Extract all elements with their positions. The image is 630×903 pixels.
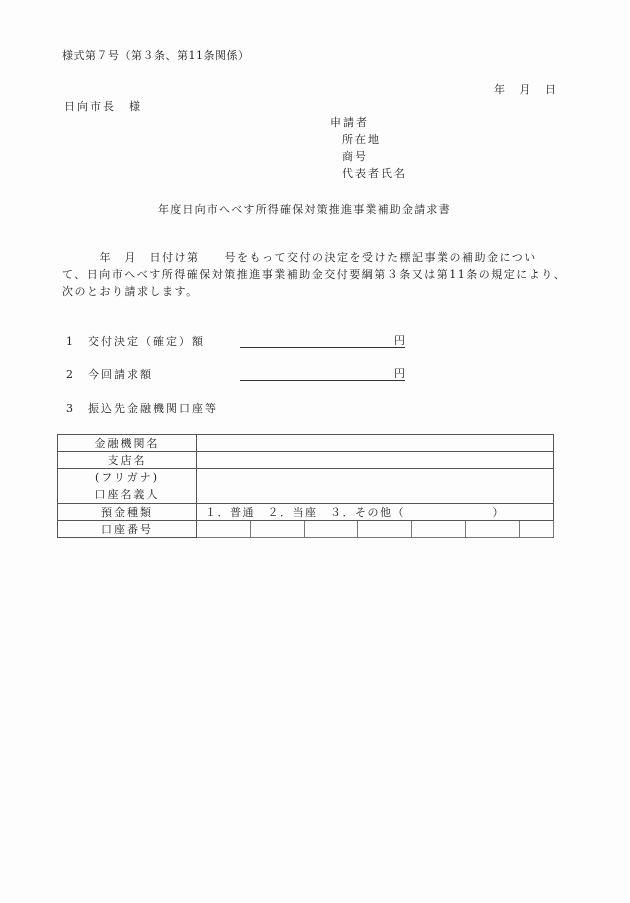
date-day-label: 日 [545, 84, 557, 95]
item-label: 交付決定（確定）額 [88, 335, 205, 348]
form-number: 様式第７号（第３条、第11条関係） [62, 50, 250, 61]
account-number-digit-5[interactable] [412, 521, 466, 538]
account-number-digit-2[interactable] [251, 521, 305, 538]
item-request-amount: 2今回請求額 [66, 369, 153, 380]
account-holder-name-label: 口座名義人 [58, 486, 196, 503]
account-holder-label: (フリガナ) 口座名義人 [58, 469, 197, 504]
branch-name-label: 支店名 [58, 452, 197, 469]
branch-name-field[interactable] [197, 452, 554, 469]
item-number: 2 [66, 369, 88, 380]
item-number: 3 [66, 403, 88, 414]
body-line: 年 月 日付け第 号をもって交付の決定を受けた標記事業の補助金につい [62, 249, 557, 266]
item-grant-amount: 1交付決定（確定）額 [66, 336, 205, 347]
date-line: 年月日 [494, 84, 557, 95]
bank-name-field[interactable] [197, 435, 554, 452]
deposit-type-label: 預金種類 [58, 504, 197, 521]
table-row-deposit-type: 預金種類 １．普通 ２．当座 ３．その他（ ） [58, 504, 554, 521]
yen-unit: 円 [394, 335, 405, 346]
applicant-trade-name-label: 商号 [330, 151, 407, 168]
table-row-bank-name: 金融機関名 [58, 435, 554, 452]
applicant-address-label: 所在地 [330, 134, 407, 151]
deposit-type-options[interactable]: １．普通 ２．当座 ３．その他（ ） [197, 504, 554, 521]
account-number-digit-4[interactable] [358, 521, 412, 538]
body-paragraph: 年 月 日付け第 号をもって交付の決定を受けた標記事業の補助金につい て、日向市… [62, 249, 557, 300]
body-line: て、日向市へべす所得確保対策推進事業補助金交付要綱第３条又は第11条の規定により… [62, 266, 557, 283]
account-holder-field[interactable] [197, 469, 554, 504]
grant-amount-field[interactable]: 円 [240, 334, 405, 348]
yen-unit: 円 [394, 368, 405, 379]
bank-name-label: 金融機関名 [58, 435, 197, 452]
item-number: 1 [66, 336, 88, 347]
table-row-branch: 支店名 [58, 452, 554, 469]
body-line: 次のとおり請求します。 [62, 283, 557, 300]
table-row-account-holder: (フリガナ) 口座名義人 [58, 469, 554, 504]
account-number-digit-7[interactable] [520, 521, 554, 538]
account-number-digit-3[interactable] [305, 521, 358, 538]
account-number-digit-6[interactable] [466, 521, 520, 538]
account-number-digit-1[interactable] [197, 521, 251, 538]
addressee: 日向市長 様 [64, 101, 142, 112]
table-row-account-number: 口座番号 [58, 521, 554, 538]
applicant-representative-label: 代表者氏名 [330, 168, 407, 185]
applicant-block: 申請者 所在地 商号 代表者氏名 [330, 117, 407, 185]
date-year-label: 年 [494, 84, 506, 95]
date-month-label: 月 [520, 84, 532, 95]
bank-account-table: 金融機関名 支店名 (フリガナ) 口座名義人 預金種類 １．普通 ２．当座 ３．… [57, 434, 554, 538]
account-number-label: 口座番号 [58, 521, 197, 538]
applicant-heading: 申請者 [330, 117, 407, 134]
request-amount-field[interactable]: 円 [240, 367, 405, 381]
document-title: 年度日向市へべす所得確保対策推進事業補助金請求書 [158, 204, 451, 215]
furigana-label: (フリガナ) [58, 469, 196, 486]
item-bank-account: 3振込先金融機関口座等 [66, 403, 218, 414]
item-label: 振込先金融機関口座等 [88, 402, 218, 415]
item-label: 今回請求額 [88, 368, 153, 381]
